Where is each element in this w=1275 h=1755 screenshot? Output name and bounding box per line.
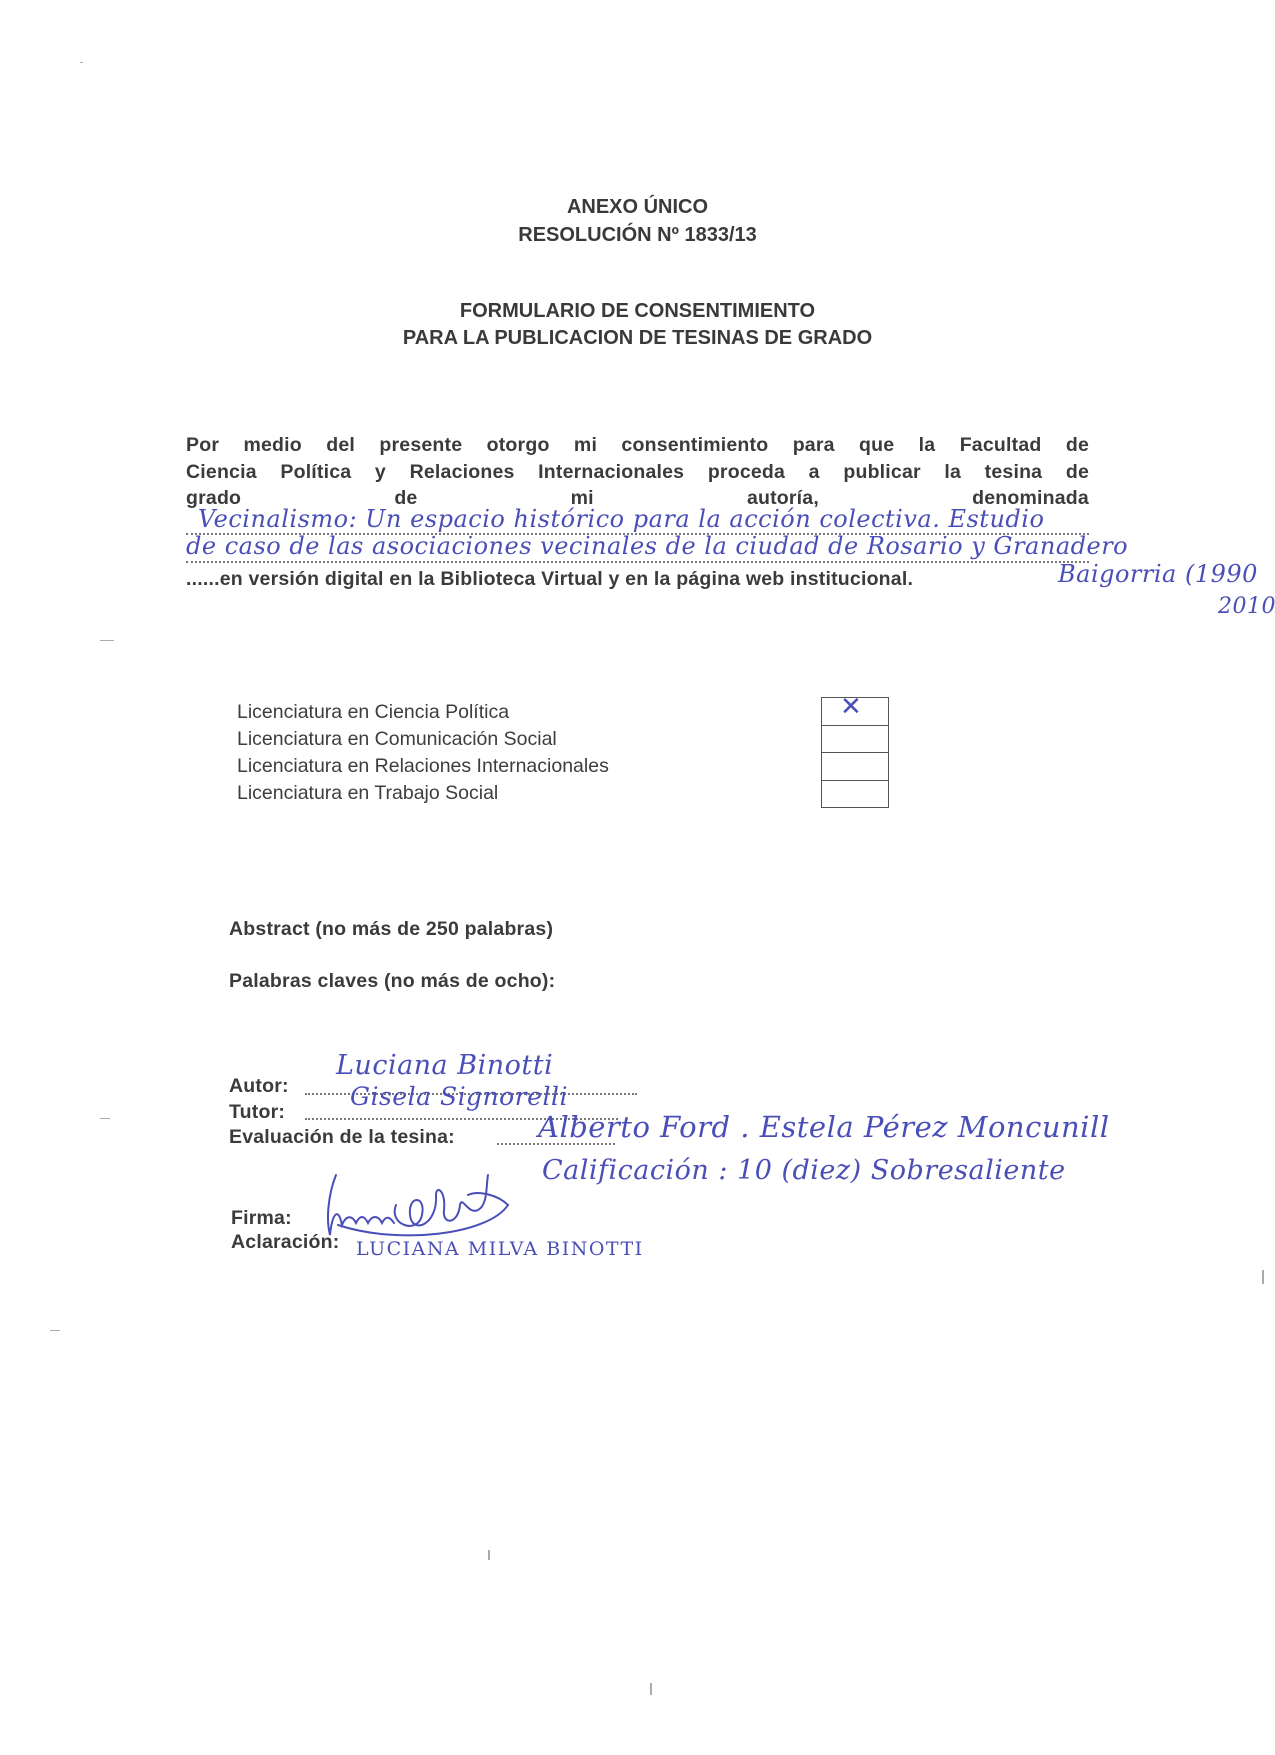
consent-final-line: ......en versión digital en la Bibliotec…	[186, 568, 913, 591]
tutor-handwritten-value[interactable]: Gisela Signorelli	[350, 1082, 568, 1111]
checkbox-comunicacion-social[interactable]	[822, 726, 888, 754]
thesis-title-handwritten-3[interactable]: Baigorria (1990	[1058, 560, 1258, 588]
x-mark-icon: ✕	[840, 692, 862, 722]
checkbox-ciencia-politica[interactable]: ✕	[822, 698, 888, 726]
signature-icon	[318, 1165, 528, 1245]
thesis-title-handwritten-2[interactable]: de caso de las asociaciones vecinales de…	[186, 532, 1128, 560]
resolution-number: RESOLUCIÓN Nº 1833/13	[0, 224, 1275, 247]
scan-speck	[80, 62, 83, 63]
consent-line-2: Ciencia Política y Relaciones Internacio…	[186, 461, 1089, 484]
scan-speck	[488, 1550, 490, 1560]
form-title-line2: PARA LA PUBLICACION DE TESINAS DE GRADO	[0, 327, 1275, 350]
abstract-label: Abstract (no más de 250 palabras)	[229, 918, 553, 941]
consent-line-1: Por medio del presente otorgo mi consent…	[186, 434, 1089, 457]
scan-speck	[650, 1683, 652, 1695]
scan-speck	[1262, 1270, 1264, 1284]
tutor-label: Tutor:	[229, 1101, 285, 1124]
thesis-title-handwritten-4[interactable]: 2010)	[1218, 594, 1275, 619]
career-relaciones-internacionales: Licenciatura en Relaciones Internacional…	[237, 755, 609, 778]
scan-speck	[100, 640, 114, 641]
annex-title: ANEXO ÚNICO	[0, 196, 1275, 219]
scan-speck	[100, 1118, 110, 1119]
clarification-handwritten-value[interactable]: LUCIANA MILVA BINOTTI	[356, 1238, 644, 1260]
career-checkbox-column: ✕	[821, 697, 889, 808]
grade-handwritten-value[interactable]: Calificación : 10 (diez) Sobresaliente	[542, 1155, 1066, 1186]
signature-scribble[interactable]	[318, 1165, 528, 1245]
evaluation-label: Evaluación de la tesina:	[229, 1126, 455, 1149]
checkbox-trabajo-social[interactable]	[822, 781, 888, 808]
thesis-title-dotted-line-2	[186, 561, 1089, 563]
career-trabajo-social: Licenciatura en Trabajo Social	[237, 782, 498, 805]
thesis-title-handwritten-1[interactable]: Vecinalismo: Un espacio histórico para l…	[198, 505, 1044, 533]
checkbox-relaciones-internacionales[interactable]	[822, 753, 888, 781]
evaluation-handwritten-value[interactable]: Alberto Ford . Estela Pérez Moncunill	[538, 1110, 1110, 1144]
author-label: Autor:	[229, 1075, 289, 1098]
career-ciencia-politica: Licenciatura en Ciencia Política	[237, 701, 509, 724]
form-title-line1: FORMULARIO DE CONSENTIMIENTO	[0, 300, 1275, 323]
keywords-label: Palabras claves (no más de ocho):	[229, 970, 555, 993]
career-comunicacion-social: Licenciatura en Comunicación Social	[237, 728, 557, 751]
signature-label: Firma:	[231, 1207, 292, 1230]
scan-speck	[50, 1330, 60, 1331]
clarification-label: Aclaración:	[231, 1231, 339, 1254]
author-handwritten-value[interactable]: Luciana Binotti	[336, 1050, 553, 1081]
